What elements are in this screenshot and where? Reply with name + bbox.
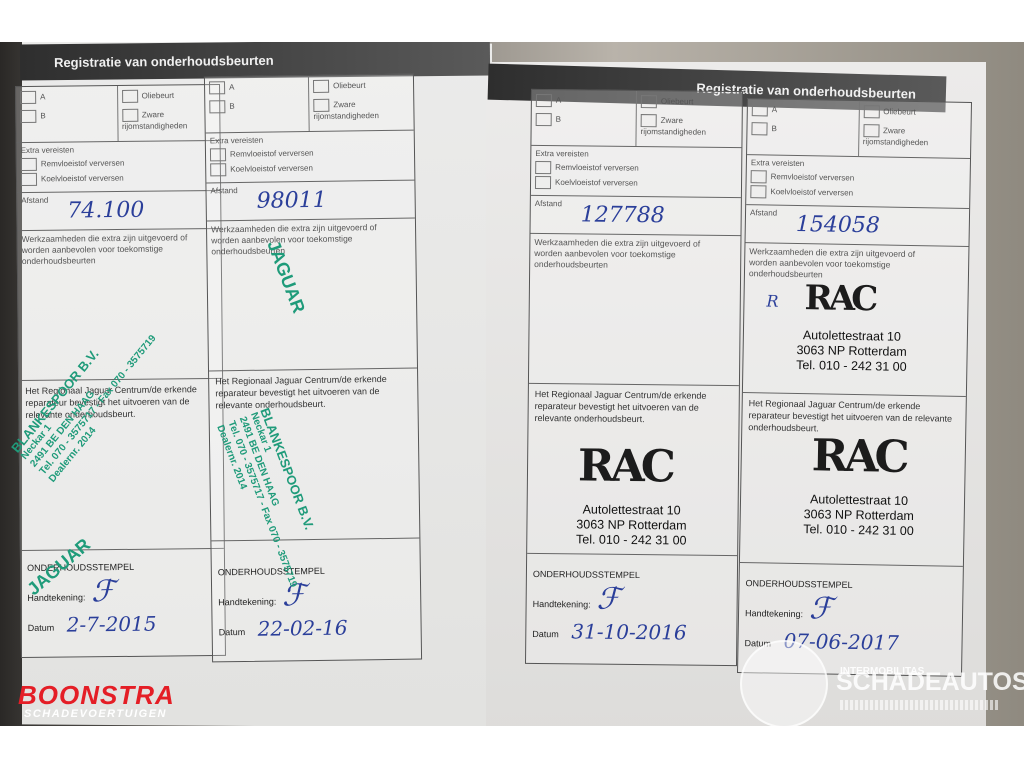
maintenance-entry-4: A B Oliebeurt Zware rijomstandigheden Ex… bbox=[737, 98, 972, 677]
label-koelvloeistof: Koelvloeistof verversen bbox=[555, 178, 638, 188]
label-werkzaamheden: Werkzaamheden die extra zijn uitgevoerd … bbox=[749, 246, 920, 282]
left-page-title: Registratie van onderhoudsbeurten bbox=[20, 42, 490, 80]
label-werkzaamheden: Werkzaamheden die extra zijn uitgevoerd … bbox=[534, 237, 704, 272]
service-type-row: A B Oliebeurt Zware rijomstandigheden bbox=[531, 90, 742, 148]
label-extra: Extra vereisten bbox=[751, 158, 966, 171]
label-remvloeistof: Remvloeistof verversen bbox=[771, 172, 855, 182]
extra-work-row: Werkzaamheden die extra zijn uitgevoerd … bbox=[207, 219, 417, 372]
label-datum: Datum bbox=[219, 627, 246, 637]
signature: ℱ bbox=[91, 574, 115, 609]
rac-stamp-address: Autolettestraat 10 3063 NP Rotterdam Tel… bbox=[541, 502, 721, 549]
service-type-row: A B Oliebeurt Zware rijomstandigheden bbox=[747, 99, 971, 159]
checkbox-a bbox=[536, 94, 552, 107]
checkbox-oliebeurt bbox=[863, 105, 879, 118]
watermark-stripes bbox=[840, 700, 1000, 710]
label-handtekening: Handtekening: bbox=[218, 597, 276, 608]
booklet-photo: Registratie van onderhoudsbeurten Regist… bbox=[0, 42, 1024, 726]
note-value: R bbox=[766, 291, 778, 310]
label-oliebeurt: Oliebeurt bbox=[661, 97, 694, 106]
label-bevestigt: Het Regionaal Jaguar Centrum/de erkende … bbox=[535, 388, 733, 426]
service-type-row: A B Oliebeurt Zware rijomstandigheden bbox=[205, 75, 414, 134]
distance-value: 154058 bbox=[796, 212, 880, 238]
label-a: A bbox=[40, 92, 45, 101]
schadeautos-watermark: INTERMOBILITAS SCHADEAUTOS.NL bbox=[740, 640, 1024, 730]
signature: ℱ bbox=[596, 582, 620, 617]
checkbox-zware bbox=[122, 109, 138, 122]
checkbox-oliebeurt bbox=[313, 80, 329, 93]
maintenance-entry-2: A B Oliebeurt Zware rijomstandigheden Ex… bbox=[204, 74, 422, 663]
distance-row: Afstand 98011 bbox=[206, 181, 415, 222]
label-extra: Extra vereisten bbox=[21, 144, 216, 155]
checkbox-koelvloeistof bbox=[750, 185, 766, 198]
distance-value: 127788 bbox=[581, 202, 665, 228]
extra-requirements-row: Extra vereisten Remvloeistof verversen K… bbox=[17, 141, 221, 193]
checkbox-remvloeistof bbox=[751, 170, 767, 183]
service-type-row: A B Oliebeurt Zware rijomstandigheden bbox=[16, 85, 220, 143]
checkbox-a bbox=[20, 91, 36, 104]
extra-requirements-row: Extra vereisten Remvloeistof verversen K… bbox=[531, 146, 742, 198]
label-oliebeurt: Oliebeurt bbox=[883, 107, 916, 117]
checkbox-oliebeurt bbox=[122, 90, 138, 103]
schadeautos-logo: SCHADEAUTOS.NL bbox=[836, 668, 1024, 697]
label-koelvloeistof: Koelvloeistof verversen bbox=[41, 174, 124, 184]
checkbox-zware bbox=[863, 124, 879, 137]
rac-phone: Tel. 010 - 242 31 00 bbox=[541, 532, 721, 549]
checkbox-b bbox=[751, 122, 767, 135]
boonstra-logo: BOONSTRA bbox=[18, 682, 175, 708]
rac-stamp-address-2: Autolettestraat 10 3063 NP Rotterdam Tel… bbox=[761, 327, 942, 375]
rac-stamp-logo-2: RAC bbox=[804, 278, 874, 319]
extra-work-row: Werkzaamheden die extra zijn uitgevoerd … bbox=[529, 234, 741, 386]
label-b: B bbox=[771, 124, 777, 133]
label-b: B bbox=[40, 111, 45, 120]
date-value: 2-7-2015 bbox=[67, 612, 157, 637]
label-bevestigt: Het Regionaal Jaguar Centrum/de erkende … bbox=[215, 373, 411, 412]
checkbox-koelvloeistof bbox=[21, 173, 37, 186]
label-stempel: ONDERHOUDSSTEMPEL bbox=[533, 569, 640, 580]
rac-stamp-logo: RAC bbox=[578, 440, 672, 492]
maintenance-entry-3: A B Oliebeurt Zware rijomstandigheden Ex… bbox=[525, 89, 743, 666]
checkbox-a bbox=[752, 103, 768, 116]
checkbox-a bbox=[209, 81, 225, 94]
label-b: B bbox=[556, 115, 561, 124]
checkbox-b bbox=[209, 100, 225, 113]
label-werkzaamheden: Werkzaamheden die extra zijn uitgevoerd … bbox=[211, 222, 381, 257]
label-koelvloeistof: Koelvloeistof verversen bbox=[770, 187, 853, 197]
label-koelvloeistof: Koelvloeistof verversen bbox=[230, 164, 313, 174]
checkbox-remvloeistof bbox=[535, 161, 551, 174]
distance-row: Afstand 154058 bbox=[746, 205, 970, 247]
extra-requirements-row: Extra vereisten Remvloeistof verversen K… bbox=[206, 131, 415, 184]
signature-area: ONDERHOUDSSTEMPEL Handtekening: ℱ Datum … bbox=[526, 563, 737, 665]
checkbox-b bbox=[536, 113, 552, 126]
distance-row: Afstand 127788 bbox=[530, 196, 740, 236]
label-remvloeistof: Remvloeistof verversen bbox=[230, 149, 314, 159]
checkbox-oliebeurt bbox=[641, 95, 657, 108]
boonstra-subtitle: SCHADEVOERTUIGEN bbox=[24, 708, 175, 720]
checkbox-b bbox=[20, 110, 36, 123]
label-oliebeurt: Oliebeurt bbox=[333, 81, 366, 90]
checkbox-koelvloeistof bbox=[535, 176, 551, 189]
signature: ℱ bbox=[809, 591, 833, 626]
rac-phone: Tel. 010 - 242 31 00 bbox=[768, 522, 948, 540]
label-datum: Datum bbox=[28, 623, 55, 633]
checkbox-remvloeistof bbox=[21, 158, 37, 171]
label-a: A bbox=[772, 105, 778, 114]
label-remvloeistof: Remvloeistof verversen bbox=[41, 159, 125, 169]
checkbox-zware bbox=[313, 99, 329, 112]
label-extra: Extra vereisten bbox=[210, 134, 410, 146]
date-value: 31-10-2016 bbox=[571, 619, 687, 644]
label-stempel: ONDERHOUDSSTEMPEL bbox=[745, 578, 852, 590]
label-handtekening: Handtekening: bbox=[745, 608, 803, 619]
label-a: A bbox=[229, 83, 234, 92]
label-oliebeurt: Oliebeurt bbox=[142, 91, 175, 100]
distance-value: 98011 bbox=[256, 188, 326, 214]
label-extra: Extra vereisten bbox=[535, 149, 737, 160]
checkbox-zware bbox=[641, 114, 657, 127]
checkbox-remvloeistof bbox=[210, 148, 226, 161]
date-value: 22-02-16 bbox=[257, 616, 347, 641]
extra-requirements-row: Extra vereisten Remvloeistof verversen K… bbox=[746, 155, 970, 209]
maintenance-entry-1: A B Oliebeurt Zware rijomstandigheden Ex… bbox=[15, 84, 226, 658]
label-remvloeistof: Remvloeistof verversen bbox=[555, 163, 639, 173]
globe-icon bbox=[740, 640, 828, 728]
label-werkzaamheden: Werkzaamheden die extra zijn uitgevoerd … bbox=[22, 232, 192, 267]
label-a: A bbox=[556, 96, 561, 105]
label-handtekening: Handtekening: bbox=[533, 599, 591, 610]
rac-phone-2: Tel. 010 - 242 31 00 bbox=[761, 357, 941, 375]
label-datum: Datum bbox=[532, 629, 559, 639]
rac-stamp-logo: RAC bbox=[811, 430, 906, 483]
boonstra-watermark: BOONSTRA SCHADEVOERTUIGEN bbox=[18, 682, 175, 720]
distance-value: 74.100 bbox=[67, 198, 144, 224]
checkbox-koelvloeistof bbox=[210, 163, 226, 176]
distance-row: Afstand 74.100 bbox=[17, 191, 220, 231]
rac-stamp-address: Autolettestraat 10 3063 NP Rotterdam Tel… bbox=[768, 492, 949, 540]
label-b: B bbox=[229, 102, 234, 111]
